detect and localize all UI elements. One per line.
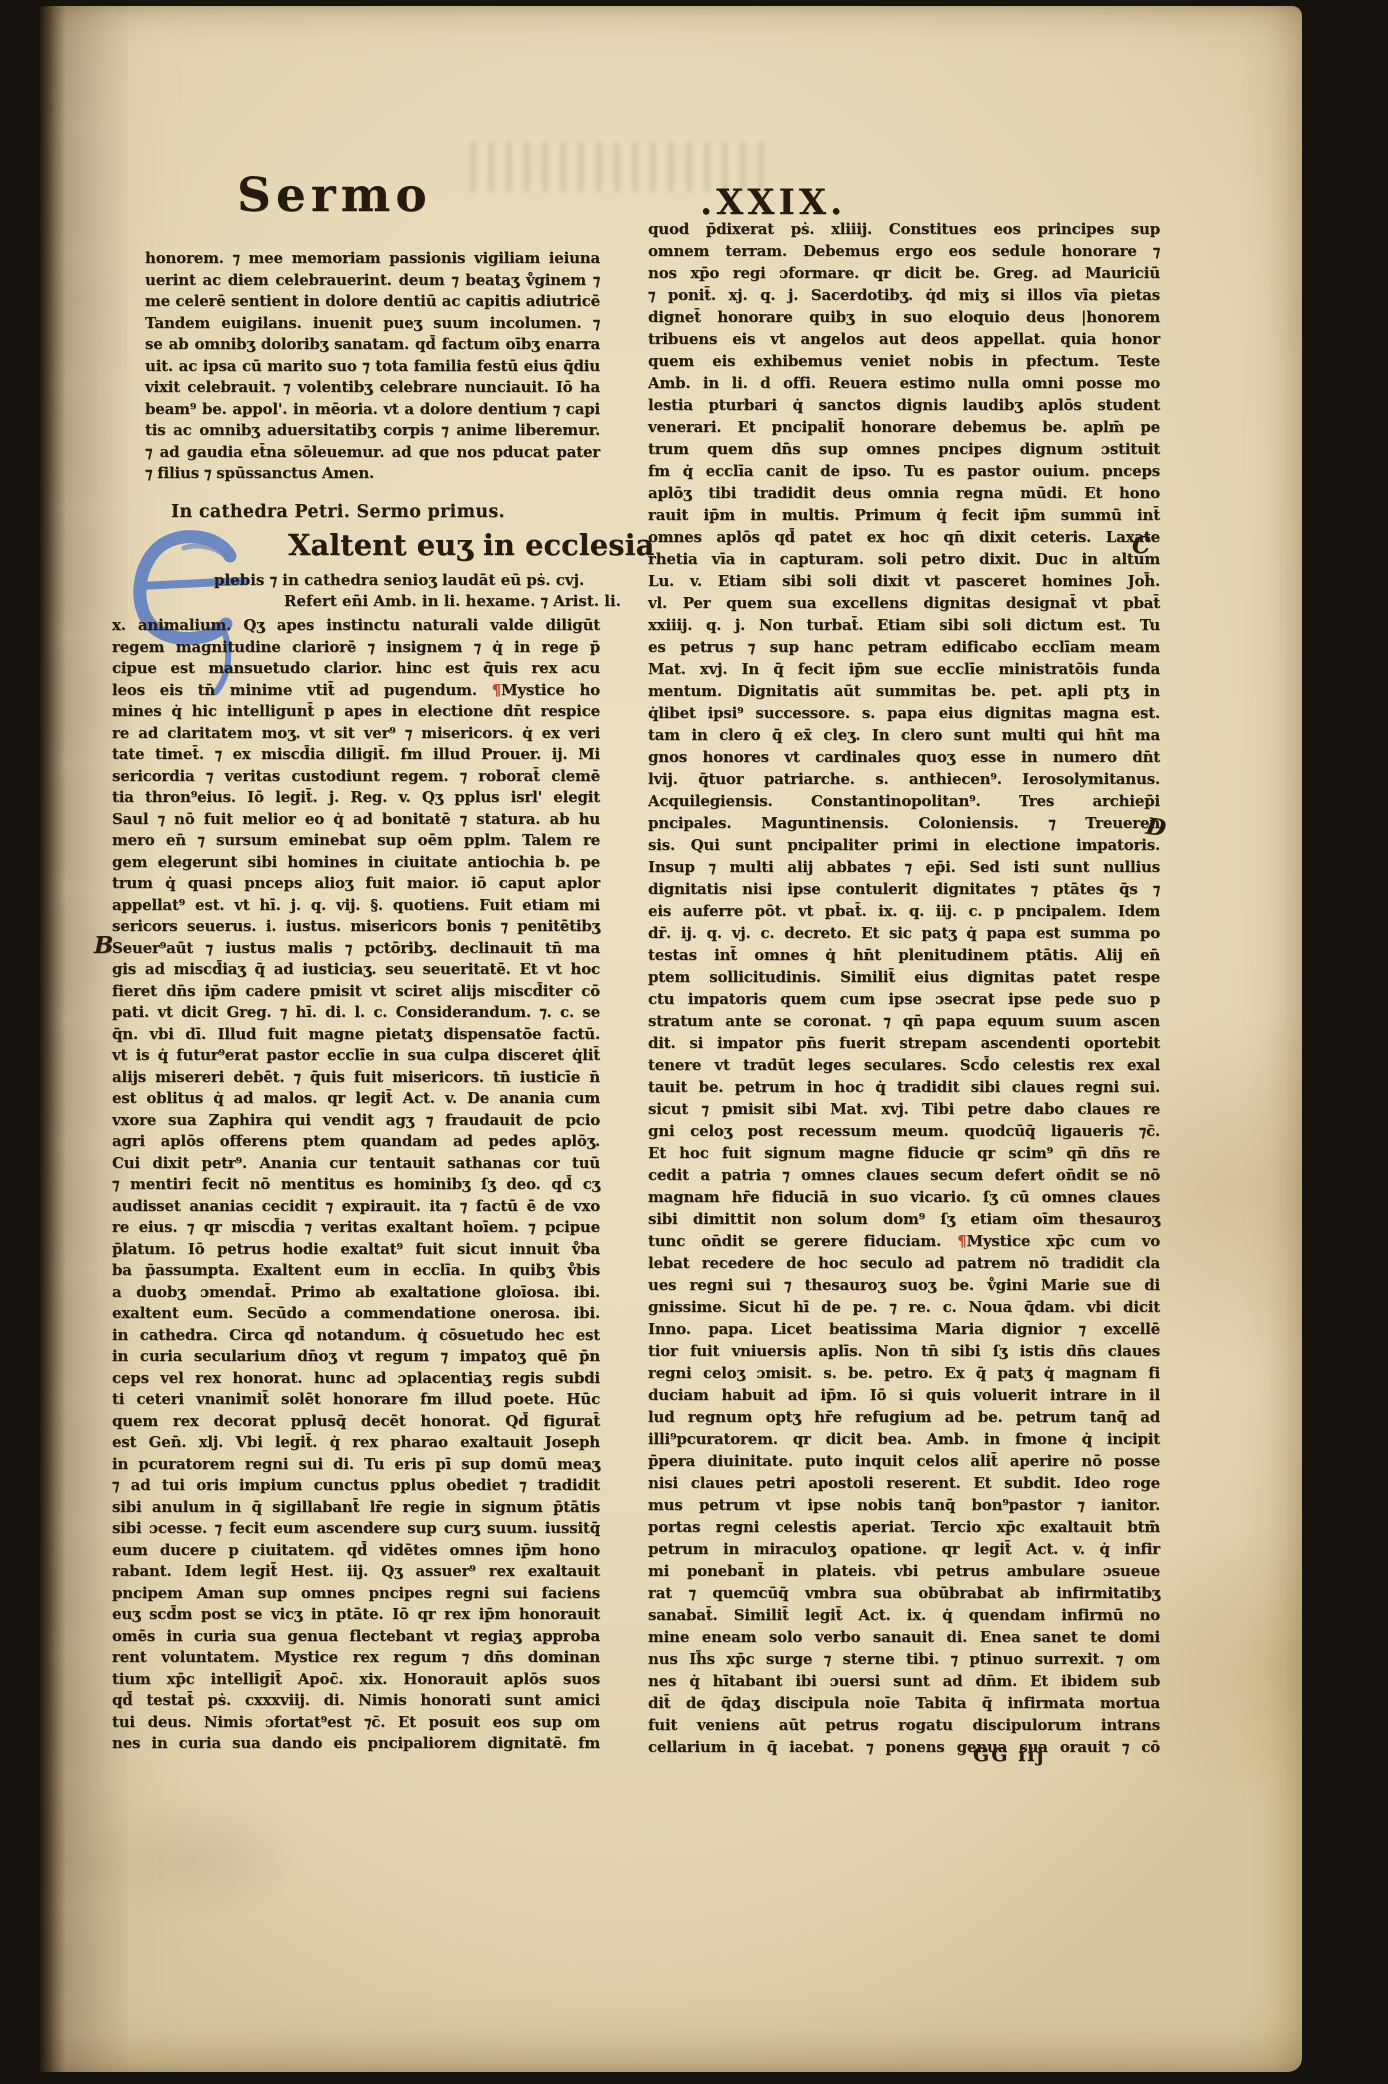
text-line: Cui dixit petr⁹. Anania cur tentauit sat… [112, 1153, 600, 1175]
text-line: omnes aplōs qd̄ patet ex hoc qn̄ dixit c… [648, 526, 1160, 548]
text-line: Lu. v. Etiam sibi soli dixit vt pasceret… [648, 570, 1160, 592]
text-line: uerint ac diem celebrauerint. deum ⁊ bea… [145, 270, 600, 292]
text-line: xxiiij. q. j. Non turbat̄. Etiam sibi so… [648, 614, 1160, 636]
text-line: rabant. Idem legit̄ Hest. iij. Qʒ assuer… [112, 1561, 600, 1583]
text-line: omnem terram. Debemus ergo eos sedule ho… [648, 240, 1160, 262]
text-line: quod p̄dixerat pṡ. xliiij. Constitues eo… [648, 218, 1160, 240]
text-line: mentum. Dignitatis aūt summitas be. pet.… [648, 680, 1160, 702]
text-line: x. animalium. Qʒ apes instinctu naturali… [112, 615, 600, 637]
text-line: omēs in curia sua genua flectebant vt re… [112, 1626, 600, 1648]
text-line: lebat recedere de hoc seculo ad patrem n… [648, 1252, 1160, 1274]
text-line: gem elegerunt sibi homines in ciuitate a… [112, 852, 600, 874]
text-line: lestia pturbari q̇ sanctos dignis laudib… [648, 394, 1160, 416]
text-line: dr̄. ij. q. vj. c. decreto. Et sic patʒ … [648, 922, 1160, 944]
text-line: nes q̇ hītabant ibi ɔuersi sunt ad dn̄m.… [648, 1670, 1160, 1692]
text-line: illi⁹pcuratorem. qr dicit bea. Amb. in f… [648, 1428, 1160, 1450]
text-line: Saul ⁊ nō fuit melior eo q̇ ad bonitatē … [112, 809, 600, 831]
text-line: lud regnum optʒ hr̄e refugium ad be. pet… [648, 1406, 1160, 1428]
text-line: vt is q̇ futur⁹erat pastor ecclīe in sua… [112, 1045, 600, 1067]
text-line: cedit a patria ⁊ omnes claues secum defe… [648, 1164, 1160, 1186]
text-line: tam in clero q̄ ex̄ cleʒ. In clero sunt … [648, 724, 1160, 746]
text-line: tenere vt tradūt leges seculares. Scd̄o … [648, 1054, 1160, 1076]
text-line: nus Ih̄s xp̄c surge ⁊ sterne tibi. ⁊ pti… [648, 1648, 1160, 1670]
sermon-number: .XXIX. [700, 182, 846, 223]
text-line: eis auferre pōt. vt pbat̄. ix. q. iij. c… [648, 900, 1160, 922]
text-line: rent voluntatem. Mystice rex regum ⁊ dn̄… [112, 1647, 600, 1669]
quire-signature: GG iij [973, 1744, 1045, 1766]
text-line: vl. Per quem sua excellens dignitas desi… [648, 592, 1160, 614]
text-line: quem rex decorat pplusq̄ decēt honorat. … [112, 1411, 600, 1433]
text-line: Inno. papa. Licet beatissima Maria digni… [648, 1318, 1160, 1340]
text-line: regem magnitudine clariorē ⁊ insignem ⁊ … [112, 637, 600, 659]
text-line: mi ponebant̄ in plateis. vbi petrus ambu… [648, 1560, 1160, 1582]
text-line: Tandem euigilans. inuenit pueʒ suum inco… [145, 313, 600, 335]
text-line: gnissime. Sicut hī de pe. ⁊ re. c. Noua … [648, 1296, 1160, 1318]
text-line: gni celoʒ post recessum meum. quodcūq̄ l… [648, 1120, 1160, 1142]
text-line: audisset ananias cecidit ⁊ expirauit. it… [112, 1196, 600, 1218]
text-line: sanabat̄. Similit̄ legit̄ Act. ix. q̇ qu… [648, 1604, 1160, 1626]
text-line: nisi claues petri apostoli reserent. Et … [648, 1472, 1160, 1494]
text-line: sibi ɔcesse. ⁊ fecit eum ascendere sup c… [112, 1518, 600, 1540]
text-line: ti ceteri vnanimit̄ solēt honorare fm il… [112, 1389, 600, 1411]
text-line: agri aplōs offerens ptem quandam ad pede… [112, 1131, 600, 1153]
text-line: fm q̇ ecclīa canit de ipso. Tu es pastor… [648, 460, 1160, 482]
margin-letter-b: B [94, 932, 113, 959]
text-line: sicut ⁊ pmisit sibi Mat. xvj. Tibi petre… [648, 1098, 1160, 1120]
binding-gutter-shadow [40, 6, 66, 2072]
text-line: ptem sollicitudinis. Similit̄ eius digni… [648, 966, 1160, 988]
text-line: tauit be. petrum in hoc q̇ tradidit sibi… [648, 1076, 1160, 1098]
page-paper: Sermo .XXIX. honorem. ⁊ mee memoriam pas… [40, 6, 1302, 2072]
left-column-intro-paragraph: honorem. ⁊ mee memoriam passionis vigili… [145, 248, 600, 485]
text-line: ceps vel rex honorat. hunc ad ɔplacentia… [112, 1368, 600, 1390]
text-line: sericors seuerus. i. iustus. misericors … [112, 916, 600, 938]
text-line: dit̄ de q̄daʒ discipula noīe Tabita q̄ i… [648, 1692, 1160, 1714]
text-line: trum q̇ quasi pnceps alioʒ fuit maior. i… [112, 873, 600, 895]
text-line: ⁊ ad gaudia et̄na sōleuemur. ad que nos … [145, 442, 600, 464]
text-line: rauit ip̄m in multis. Primum q̇ fecit ip… [648, 504, 1160, 526]
text-line: honorem. ⁊ mee memoriam passionis vigili… [145, 248, 600, 270]
text-line: me celerē sentient in dolore dentiū ac c… [145, 291, 600, 313]
text-line: sibi anulum in q̄ sigillabant̄ lr̄e regi… [112, 1497, 600, 1519]
text-line: dignet̄ honorare quibʒ in suo eloquio de… [648, 306, 1160, 328]
text-line: tia thron⁹eius. Iō legit̄. j. Reg. v. Qʒ… [112, 787, 600, 809]
text-line: ⁊ mentiri fecit nō mentitus es hominibʒ … [112, 1174, 600, 1196]
text-line: mine eneam solo verbo sanauit di. Enea s… [648, 1626, 1160, 1648]
text-line: dit. si impator pn̄s fuerit strepam asce… [648, 1032, 1160, 1054]
text-line: tium xp̄c intelligit̄ Apoc̄. xix. Honora… [112, 1669, 600, 1691]
text-line: lvij. q̄tuor patriarche. s. anthiecen⁹. … [648, 768, 1160, 790]
text-line: ⁊ ponit̄. xj. q. j. Sacerdotibʒ. q̇d miʒ… [648, 284, 1160, 306]
text-line: aplōʒ tibi tradidit deus omnia regna mūd… [648, 482, 1160, 504]
text-line: dignitatis nisi ipse contulerit dignitat… [648, 878, 1160, 900]
text-line: trum quem dn̄s sup omnes pncipes dignum … [648, 438, 1160, 460]
text-line: ba p̄assumpta. Exaltent eum in ecclīa. I… [112, 1260, 600, 1282]
text-line: est Gen̄. xlj. Vbi legit̄. q̇ rex pharao… [112, 1432, 600, 1454]
text-line: Insup ⁊ multi alij abbates ⁊ ep̄i. Sed i… [648, 856, 1160, 878]
book-page-scan: Sermo .XXIX. honorem. ⁊ mee memoriam pas… [0, 0, 1388, 2084]
text-line: Mat. xvj. In q̄ fecit ip̄m sue ecclīe mi… [648, 658, 1160, 680]
text-line: magnam hr̄e fiduciā in suo vicario. ſʒ c… [648, 1186, 1160, 1208]
text-line: Amb. in li. d offi. Reuera estimo nulla … [648, 372, 1160, 394]
text-line: sibi dimittit non solum dom⁹ ſʒ etiam oī… [648, 1208, 1160, 1230]
margin-letter-c: C [1132, 532, 1150, 559]
text-line: stratum ante se coronat. ⁊ qn̄ papa equu… [648, 1010, 1160, 1032]
text-line: fieret dn̄s ip̄m cadere pmisit vt sciret… [112, 981, 600, 1003]
right-column-body: quod p̄dixerat pṡ. xliiij. Constitues eo… [648, 218, 1160, 1758]
text-line: pncipales. Maguntinensis. Coloniensis. ⁊… [648, 812, 1160, 834]
text-line: tior fuit vniuersis aplīs. Non tn̄ sibi … [648, 1340, 1160, 1362]
text-line: tate timet̄. ⁊ ex miscd̄ia diligit̄. fm … [112, 744, 600, 766]
text-line: p̄latum. Iō petrus hodie exaltat⁹ fuit s… [112, 1239, 600, 1261]
running-title: Sermo [237, 168, 432, 223]
text-line: nes in curia sua dando eis pncipaliorem … [112, 1733, 600, 1755]
text-line: rat ⁊ quemcūq̄ vmbra sua obūbrabat ab in… [648, 1582, 1160, 1604]
text-line: Et hoc fuit signum magne fiducie qr scim… [648, 1142, 1160, 1164]
text-line: tribuens eis vt angelos aut deos appella… [648, 328, 1160, 350]
text-line: ctu impatoris quem cum ipse ɔsecrat ipse… [648, 988, 1160, 1010]
text-line: portas regni celestis aperiat. Tercio xp… [648, 1516, 1160, 1538]
text-line: gis ad miscd̄iaʒ q̄ ad iusticiaʒ. seu se… [112, 959, 600, 981]
text-line: tunc on̄dit se gerere fiduciam. ¶Mystice… [648, 1230, 1160, 1252]
text-line: rhetia vīa in capturam. soli petro dixit… [648, 548, 1160, 570]
incipit-continuation-2: Refert en̄i Amb. in li. hexame. ⁊ Arist.… [284, 592, 572, 610]
incipit-large-text: Xaltent euʒ in ecclesia [288, 528, 602, 562]
text-line: es petrus ⁊ sup hanc petram edificabo ec… [648, 636, 1160, 658]
text-line: cellarium in q̄ iacebat. ⁊ ponens genua … [648, 1736, 1160, 1758]
text-line: mus petrum vt ipse nobis tanq̄ bon⁹pasto… [648, 1494, 1160, 1516]
text-line: ⁊ ad tui oris impium cunctus pplus obedi… [112, 1475, 600, 1497]
text-line: uit. ac ipsa cū marito suo ⁊ tota famili… [145, 356, 600, 378]
text-line: appellat⁹ est. vt hī. j. q. vij. §. quot… [112, 895, 600, 917]
text-line: duciam habuit ad ip̄m. Iō si quis voluer… [648, 1384, 1160, 1406]
text-line: regni celoʒ ɔmisit. s. be. petro. Ex q̄ … [648, 1362, 1160, 1384]
text-line: beam⁹ be. appol'. in mēoria. vt a dolore… [145, 399, 600, 421]
text-line: alijs misereri debēt. ⁊ q̄uis fuit miser… [112, 1067, 600, 1089]
incipit-continuation-1: plebis ⁊ in cathedra senioʒ laudāt eū pṡ… [214, 571, 572, 589]
text-line: euʒ scd̄m post se vicʒ in ptāte. Iō qr r… [112, 1604, 600, 1626]
text-line: pncipem Aman sup omnes pncipes regni sui… [112, 1583, 600, 1605]
text-line: mero en̄ ⁊ sursum eminebat sup oēm pplm.… [112, 830, 600, 852]
text-line: vxore sua Zaphira qui vendit agʒ ⁊ fraud… [112, 1110, 600, 1132]
margin-letter-d: D [1144, 813, 1168, 843]
text-line: pati. vt dicit Greg. ⁊ hī. di. l. c. Con… [112, 1002, 600, 1024]
section-heading: In cathedra Petri. Sermo primus. [171, 502, 505, 522]
text-line: exaltent eum. Secūdo a commendatione one… [112, 1303, 600, 1325]
text-line: venerari. Et pncipalit̄ honorare debemus… [648, 416, 1160, 438]
text-line: petrum in miraculoʒ opatione. qr legit̄ … [648, 1538, 1160, 1560]
text-line: est oblitus q̇ ad malos. qr legit̄ Act. … [112, 1088, 600, 1110]
text-line: eum ducere p ciuitatem. qd̄ vidētes omne… [112, 1540, 600, 1562]
text-line: re ad claritatem moʒ. vt sit ver⁹ ⁊ mise… [112, 723, 600, 745]
text-line: Seuer⁹aūt ⁊ iustus malis ⁊ pctōribʒ. dec… [112, 938, 600, 960]
text-line: q̇libet ipsi⁹ successore. s. papa eius d… [648, 702, 1160, 724]
text-line: leos eis tn̄ minime vtit̄ ad pugendum. ¶… [112, 680, 600, 702]
text-line: in cathedra. Circa qd̄ notandum. q̇ cōsu… [112, 1325, 600, 1347]
text-line: re eius. ⁊ qr miscd̄ia ⁊ veritas exaltan… [112, 1217, 600, 1239]
text-line: testas int̄ omnes q̇ hn̄t plenitudinem p… [648, 944, 1160, 966]
text-line: in pcuratorem regni sui di. Tu eris pī s… [112, 1454, 600, 1476]
text-line: tis ac omnibʒ aduersitatibʒ corpis ⁊ ani… [145, 420, 600, 442]
text-line: q̄n. vbi dī. Illud fuit magne pietatʒ di… [112, 1024, 600, 1046]
text-line: ⁊ filius ⁊ spūssanctus Amen. [145, 463, 600, 485]
text-line: gnos honores vt cardinales quoʒ esse in … [648, 746, 1160, 768]
left-column-body: x. animalium. Qʒ apes instinctu naturali… [112, 615, 600, 1755]
text-line: a duobʒ ɔmendat̄. Primo ab exaltatione g… [112, 1282, 600, 1304]
text-line: se ab omnibʒ doloribʒ sanatam. qd̄ factu… [145, 334, 600, 356]
text-line: p̄pera diuinitate. puto inquit celos ali… [648, 1450, 1160, 1472]
text-line: cipue est mansuetudo clarior. hinc est q… [112, 658, 600, 680]
text-line: qd̄ testat̄ pṡ. cxxxviij. di. Nimis hono… [112, 1690, 600, 1712]
text-line: vixit celebrauit. ⁊ volentibʒ celebrare … [145, 377, 600, 399]
text-line: mines q̇ hic intelligunt̄ p apes in elec… [112, 701, 600, 723]
text-line: fuit veniens aūt petrus rogatu discipulo… [648, 1714, 1160, 1736]
text-line: tui deus. Nimis ɔfortat⁹est ⁊c̄. Et posu… [112, 1712, 600, 1734]
text-line: nos xp̄o regi ɔformare. qr dicit be. Gre… [648, 262, 1160, 284]
text-line: ues regni sui ⁊ thesauroʒ suoʒ be. v̊gin… [648, 1274, 1160, 1296]
text-line: sis. Qui sunt pncipaliter primi in elect… [648, 834, 1160, 856]
text-line: sericordia ⁊ veritas custodiunt regem. ⁊… [112, 766, 600, 788]
text-line: quem eis exhibemus veniet nobis in pfect… [648, 350, 1160, 372]
text-line: Acquilegiensis. Constantinopolitan⁹. Tre… [648, 790, 1160, 812]
text-line: in curia secularium dn̄oʒ vt regum ⁊ imp… [112, 1346, 600, 1368]
